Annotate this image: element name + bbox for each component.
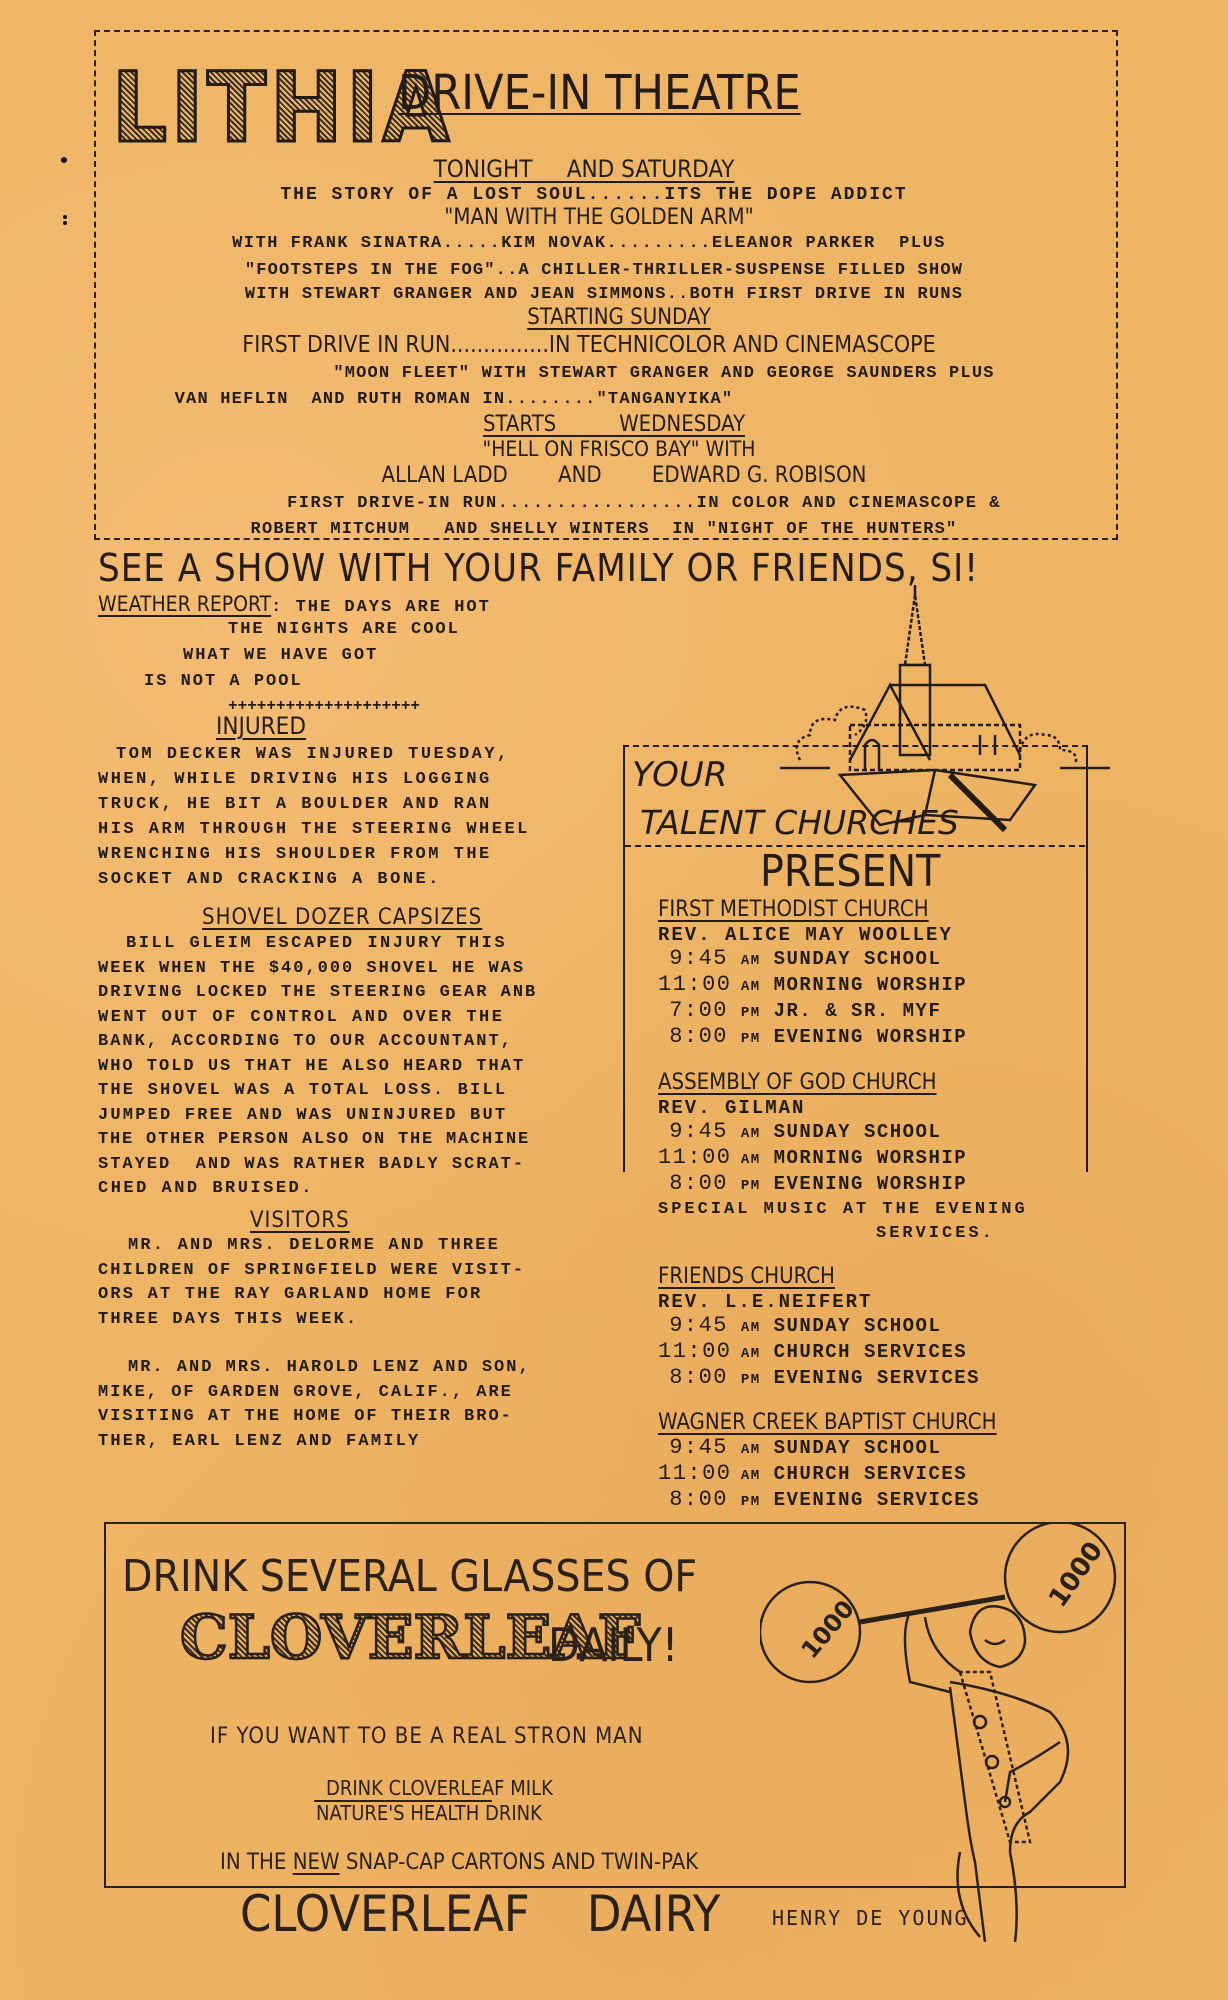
service-event: MORNING WORSHIP [774, 1147, 968, 1169]
margin-mark [63, 221, 67, 225]
article-heading: VISITORS [250, 1208, 638, 1234]
article-line: MR. AND MRS. DELORME AND THREE [128, 1234, 638, 1259]
service-row: 11:00 AM MORNING WORSHIP [658, 973, 1098, 999]
article-line: BILL GLEIM ESCAPED INJURY THIS [126, 932, 638, 957]
service-ampm: PM [741, 1178, 761, 1194]
service-row: 8:00 PM EVENING WORSHIP [658, 1025, 1098, 1051]
weather-line: : THE DAYS ARE HOT [271, 598, 491, 617]
article-visitors: VISITORS MR. AND MRS. DELORME AND THREE … [98, 1208, 638, 1454]
article-line: CHILDREN OF SPRINGFIELD WERE VISIT- [98, 1259, 638, 1284]
service-row: 9:45 AM SUNDAY SCHOOL [658, 1436, 1118, 1462]
article-line: SOCKET AND CRACKING A BONE. [98, 867, 618, 892]
service-ampm: AM [741, 1320, 761, 1336]
church-listing: FRIENDS CHURCH REV. L.E.NEIFERT 9:45 AM … [658, 1264, 1118, 1392]
service-row: 11:00 AM MORNING WORSHIP [658, 1146, 1118, 1172]
service-row: 11:00 AM CHURCH SERVICES [658, 1340, 1118, 1366]
dairy-drink-line: DRINK CLOVERLEAF MILK [326, 1777, 553, 1799]
dairy-daily: DAILY! [548, 1618, 678, 1672]
service-event: MORNING WORSHIP [774, 974, 968, 996]
article-injured: INJURED TOM DECKER WAS INJURED TUESDAY, … [98, 712, 618, 892]
listing-line: WITH FRANK SINATRA.....KIM NOVAK........… [66, 229, 1112, 259]
listing-line: FIRST DRIVE-IN RUN.................IN CO… [176, 491, 1112, 517]
service-event: EVENING SERVICES [774, 1367, 980, 1389]
article-line: VISITING AT THE HOME OF THEIR BRO- [98, 1405, 638, 1430]
article-line: TOM DECKER WAS INJURED TUESDAY, [116, 742, 618, 767]
cartons-text: IN THE [220, 1850, 293, 1875]
listing-line: VAN HEFLIN AND RUTH ROMAN IN........"TAN… [0, 387, 1112, 413]
article-line: TRUCK, HE BIT A BOULDER AND RAN [98, 792, 618, 817]
church-note: SERVICES. [876, 1222, 1118, 1246]
service-ampm: PM [741, 1005, 761, 1021]
service-event: EVENING SERVICES [774, 1489, 980, 1511]
article-line: WRENCHING HIS SHOULDER FROM THE [98, 842, 618, 867]
church-name: ASSEMBLY OF GOD CHURCH [658, 1070, 1118, 1096]
church-pastor: REV. L.E.NEIFERT [658, 1290, 1118, 1314]
service-row: 8:00 PM EVENING SERVICES [658, 1366, 1118, 1392]
church-note: SPECIAL MUSIC AT THE EVENING [658, 1198, 1118, 1222]
service-ampm: AM [741, 953, 761, 969]
listing-line: ALLAN LADD AND EDWARD G. ROBISON [136, 461, 1112, 491]
listing-line: ROBERT MITCHUM AND SHELLY WINTERS IN "NI… [96, 517, 1112, 543]
service-time: 11:00 [658, 1462, 728, 1486]
church-listing: ASSEMBLY OF GOD CHURCH REV. GILMAN 9:45 … [658, 1070, 1118, 1246]
service-ampm: PM [741, 1372, 761, 1388]
service-ampm: PM [741, 1494, 761, 1510]
service-time: 9:45 [658, 1120, 728, 1144]
listing-line: "MOON FLEET" WITH STEWART GRANGER AND GE… [216, 361, 1112, 387]
service-row: 11:00 AM CHURCH SERVICES [658, 1462, 1118, 1488]
listing-line: FIRST DRIVE IN RUN...............IN TECH… [66, 329, 1112, 361]
article-line: WHO TOLD US THAT HE ALSO HEARD THAT [98, 1055, 638, 1080]
section-starts-wednesday: STARTS WEDNESDAY [116, 413, 1112, 437]
service-time: 9:45 [658, 947, 728, 971]
dairy-cartons-line: IN THE NEW SNAP-CAP CARTONS AND TWIN-PAK [220, 1850, 698, 1876]
church-name: FRIENDS CHURCH [658, 1264, 1118, 1290]
article-line: DRIVING LOCKED THE STEERING GEAR ANB [98, 981, 638, 1006]
church-listing: WAGNER CREEK BAPTIST CHURCH 9:45 AM SUND… [658, 1410, 1118, 1514]
article-shovel: SHOVEL DOZER CAPSIZES BILL GLEIM ESCAPED… [98, 904, 638, 1202]
service-ampm: AM [741, 979, 761, 995]
weight-label-left: 1000 [796, 1595, 860, 1664]
church-pastor: REV. GILMAN [658, 1096, 1118, 1120]
listing-line: "FOOTSTEPS IN THE FOG"..A CHILLER-THRILL… [96, 259, 1112, 283]
service-ampm: AM [741, 1468, 761, 1484]
strongman-illustration-icon: 1000 1000 [760, 1522, 1120, 1942]
theatre-listing: TONIGHT AND SATURDAY THE STORY OF A LOST… [96, 155, 1112, 543]
movie-title: "MAN WITH THE GOLDEN ARM" [86, 207, 1112, 229]
weather-label: WEATHER REPORT [98, 592, 271, 616]
article-line: ORS AT THE RAY GARLAND HOME FOR [98, 1283, 638, 1308]
article-line: BANK, ACCORDING TO OUR ACCOUNTANT, [98, 1030, 638, 1055]
service-event: SUNDAY SCHOOL [774, 1315, 942, 1337]
article-body: TOM DECKER WAS INJURED TUESDAY, WHEN, WH… [98, 742, 618, 892]
service-time: 8:00 [658, 1172, 728, 1196]
churches-title-line2: TALENT CHURCHES [640, 805, 959, 841]
section-starting-sunday: STARTING SUNDAY [126, 307, 1112, 329]
church-name: WAGNER CREEK BAPTIST CHURCH [658, 1410, 1118, 1436]
listing-line: THE STORY OF A LOST SOUL......ITS THE DO… [76, 183, 1112, 207]
service-time: 9:45 [658, 1436, 728, 1460]
service-time: 11:00 [658, 973, 728, 997]
service-row: 9:45 AM SUNDAY SCHOOL [658, 1120, 1118, 1146]
dairy-headline: DRINK SEVERAL GLASSES OF [122, 1552, 697, 1602]
section-tonight: TONIGHT AND SATURDAY [56, 155, 1112, 183]
weather-report: WEATHER REPORT: THE DAYS ARE HOT THE NIG… [98, 592, 491, 717]
service-row: 7:00 PM JR. & SR. MYF [658, 999, 1098, 1025]
churches-title-line1: YOUR [632, 757, 727, 793]
service-time: 9:45 [658, 1314, 728, 1338]
article-line: STAYED AND WAS RATHER BADLY SCRAT- [98, 1153, 638, 1178]
margin-mark [63, 215, 67, 219]
article-line: THER, EARL LENZ AND FAMILY [98, 1430, 638, 1455]
service-ampm: PM [741, 1031, 761, 1047]
service-time: 8:00 [658, 1488, 728, 1512]
movie-title: "HELL ON FRISCO BAY" WITH [126, 437, 1112, 461]
article-line: WENT OUT OF CONTROL AND OVER THE [98, 1006, 638, 1031]
cartons-text: SNAP-CAP CARTONS AND TWIN-PAK [340, 1850, 699, 1875]
service-ampm: AM [741, 1126, 761, 1142]
service-event: CHURCH SERVICES [774, 1463, 968, 1485]
visitors-paragraph-1: MR. AND MRS. DELORME AND THREE CHILDREN … [98, 1234, 638, 1332]
service-row: 8:00 PM EVENING WORSHIP [658, 1172, 1118, 1198]
service-event: SUNDAY SCHOOL [774, 1437, 942, 1459]
article-heading: SHOVEL DOZER CAPSIZES [202, 904, 638, 932]
service-event: SUNDAY SCHOOL [774, 1121, 942, 1143]
article-line: MIKE, OF GARDEN GROVE, CALIF., ARE [98, 1381, 638, 1406]
article-line: THREE DAYS THIS WEEK. [98, 1308, 638, 1333]
weight-label-right: 1000 [1043, 1536, 1109, 1612]
weather-line: IS NOT A POOL [144, 669, 491, 695]
church-pastor: REV. ALICE MAY WOOLLEY [658, 923, 1098, 947]
service-ampm: AM [741, 1152, 761, 1168]
article-line: THE SHOVEL WAS A TOTAL LOSS. BILL [98, 1079, 638, 1104]
service-row: 9:45 AM SUNDAY SCHOOL [658, 947, 1098, 973]
article-line: JUMPED FREE AND WAS UNINJURED BUT [98, 1104, 638, 1129]
service-ampm: AM [741, 1442, 761, 1458]
article-body: BILL GLEIM ESCAPED INJURY THIS WEEK WHEN… [98, 932, 638, 1202]
dairy-health-line: NATURE'S HEALTH DRINK [316, 1802, 542, 1824]
service-row: 9:45 AM SUNDAY SCHOOL [658, 1314, 1118, 1340]
church-listing: FIRST METHODIST CHURCH REV. ALICE MAY WO… [658, 897, 1098, 1051]
slogan-headline: SEE A SHOW WITH YOUR FAMILY OR FRIENDS, … [98, 548, 979, 588]
dairy-company: CLOVERLEAF DAIRY [240, 1886, 720, 1942]
cartons-new: NEW [293, 1850, 340, 1875]
dairy-tagline: IF YOU WANT TO BE A REAL STRON MAN [210, 1724, 644, 1750]
service-row: 8:00 PM EVENING SERVICES [658, 1488, 1118, 1514]
service-event: EVENING WORSHIP [774, 1173, 968, 1195]
service-event: CHURCH SERVICES [774, 1341, 968, 1363]
article-heading: INJURED [216, 712, 618, 740]
weather-line: WHAT WE HAVE GOT [183, 643, 491, 669]
service-event: EVENING WORSHIP [774, 1026, 968, 1048]
service-time: 11:00 [658, 1340, 728, 1364]
service-event: JR. & SR. MYF [774, 1000, 942, 1022]
service-time: 8:00 [658, 1366, 728, 1390]
article-line: WEEK WHEN THE $40,000 SHOVEL HE WAS [98, 957, 638, 982]
service-event: SUNDAY SCHOOL [774, 948, 942, 970]
service-ampm: AM [741, 1346, 761, 1362]
churches-present: PRESENT [760, 849, 940, 895]
theatre-subtitle: DRIVE-IN THEATRE [398, 66, 801, 120]
article-line: THE OTHER PERSON ALSO ON THE MACHINE [98, 1128, 638, 1153]
service-time: 8:00 [658, 1025, 728, 1049]
article-line: CHED AND BRUISED. [98, 1177, 638, 1202]
church-name: FIRST METHODIST CHURCH [658, 897, 1098, 923]
article-line: MR. AND MRS. HAROLD LENZ AND SON, [128, 1356, 638, 1381]
service-time: 7:00 [658, 999, 728, 1023]
weather-line: THE NIGHTS ARE COOL [228, 617, 491, 643]
article-line: HIS ARM THROUGH THE STEERING WHEEL [98, 817, 618, 842]
listing-line: WITH STEWART GRANGER AND JEAN SIMMONS..B… [96, 283, 1112, 307]
visitors-paragraph-2: MR. AND MRS. HAROLD LENZ AND SON, MIKE, … [98, 1356, 638, 1454]
article-line: WHEN, WHILE DRIVING HIS LOGGING [98, 767, 618, 792]
service-time: 11:00 [658, 1146, 728, 1170]
